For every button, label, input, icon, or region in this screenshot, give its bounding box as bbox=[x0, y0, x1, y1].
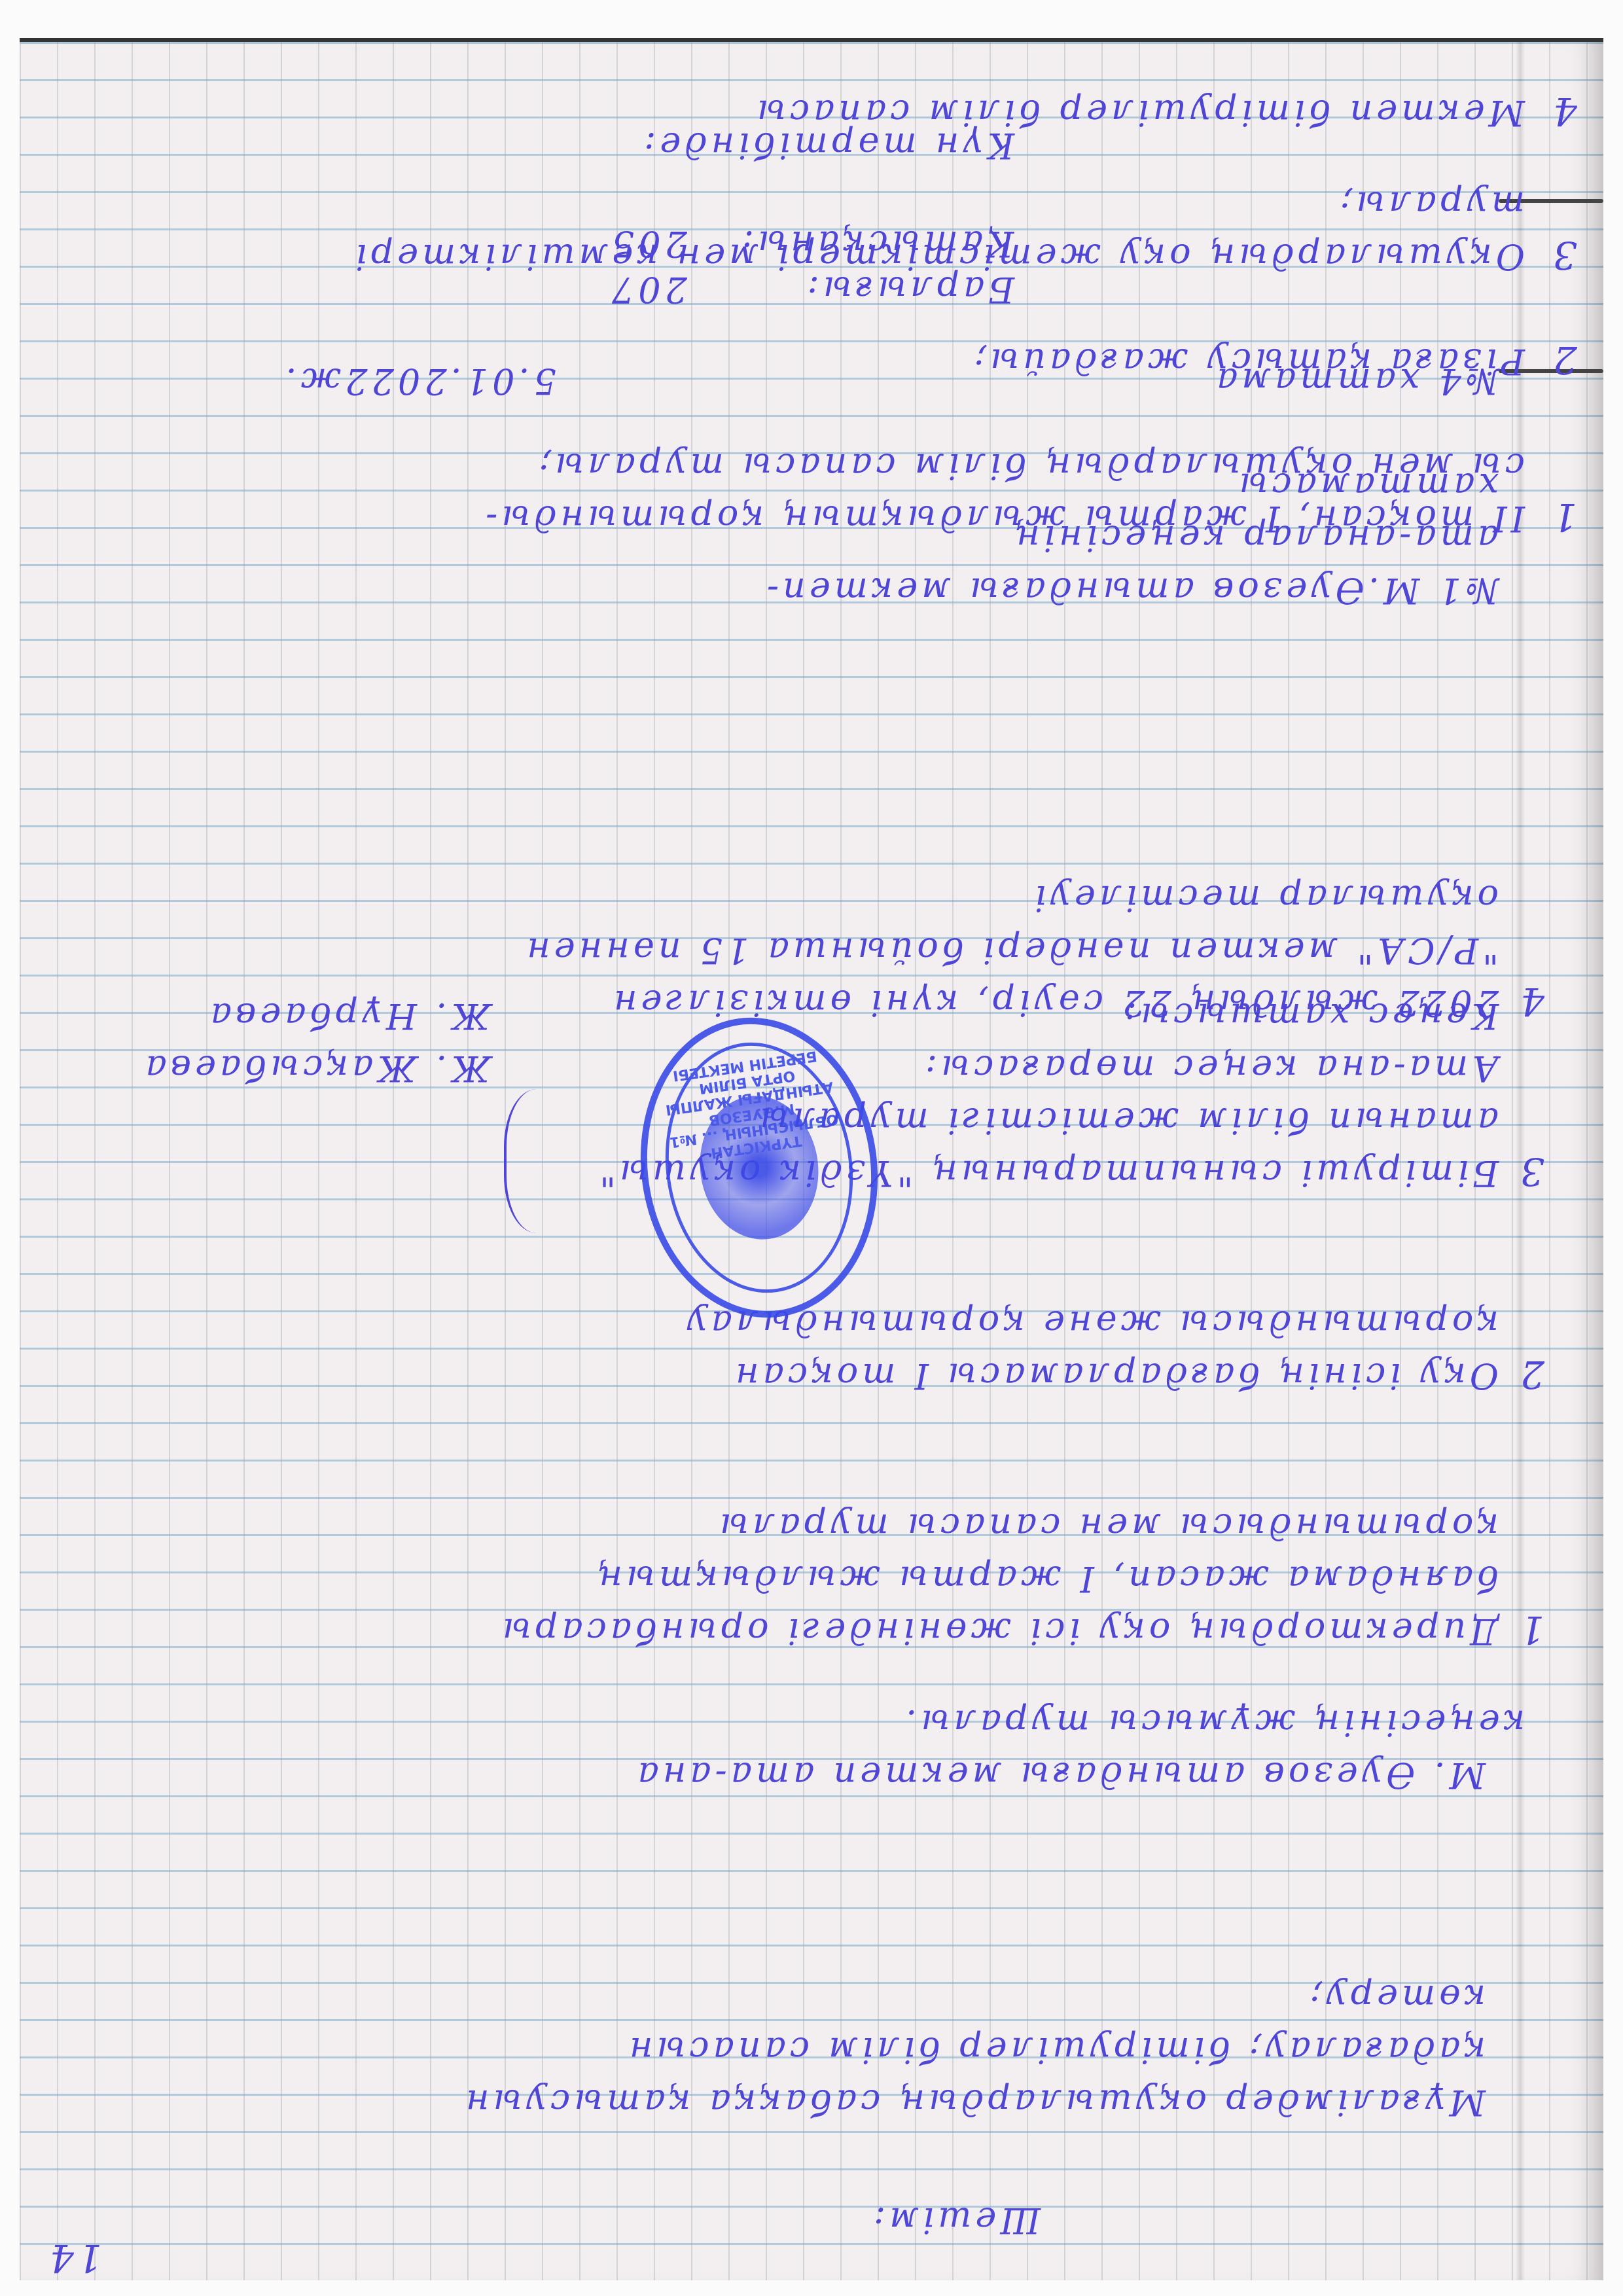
decision-line: кеңесінің жұмысы туралы. bbox=[902, 1702, 1525, 1744]
heard-line: қорытындысы мен сапасы туралы bbox=[716, 1506, 1499, 1547]
agenda-num: 2 bbox=[1549, 338, 1577, 382]
heard-line: Оқу ісінің бағдарламасы І тоқсан bbox=[732, 1355, 1499, 1397]
school-title-line: №1 М.Әуезов атындағы мектеп- bbox=[763, 570, 1499, 611]
agenda-line: Різаға қатысу жағдайы; bbox=[971, 341, 1525, 382]
agenda-num: 3 bbox=[1549, 233, 1577, 278]
agenda-line: туралы; bbox=[1336, 184, 1525, 225]
agenda-num: 1 bbox=[1549, 495, 1577, 539]
heard-line: баяндама жасап, І жарты жылдықтың bbox=[594, 1558, 1499, 1600]
page-number: 14 bbox=[46, 2236, 102, 2280]
agenda-num: 4 bbox=[1549, 89, 1577, 134]
heard-line: оқушылар тестілеуі bbox=[1031, 878, 1499, 919]
decision-line: Мұғалімдер оқушылардың сабаққа қатысуын bbox=[462, 2082, 1486, 2123]
decision-title: Шешім: bbox=[870, 2200, 1041, 2241]
secretary-name: Ж. Нұрбаева bbox=[207, 996, 491, 1037]
heard-num: 2 bbox=[1516, 1352, 1544, 1397]
signature bbox=[504, 1089, 585, 1233]
chair-label: Ата-ана кеңес төрағасы: bbox=[921, 1048, 1499, 1089]
decision-line: көтеру; bbox=[1306, 1977, 1486, 2018]
decision-line: қадағалау; бітірушілер білім сапасын bbox=[626, 2030, 1486, 2071]
agenda-line: Оқушылардың оқу жетістіктері мен кемшілі… bbox=[351, 236, 1525, 278]
heard-line: Директордың оқу ісі жөніндегі орынбасары bbox=[499, 1611, 1499, 1652]
heard-num: 3 bbox=[1516, 1149, 1544, 1194]
agenda-line: сы мен оқушылардың білім сапасы туралы; bbox=[535, 446, 1525, 487]
agenda-line: Мектеп бітірушілер білім сапасы bbox=[753, 92, 1525, 134]
chair-name: Ж. Жақсыбаева bbox=[142, 1048, 491, 1089]
agenda-block: 1 ІІ тоқсан, І жарты жылдықтың қорытынды… bbox=[20, 42, 1603, 565]
heard-line: "Р/СА" мектеп пәндері бойынша 15 пәннен bbox=[523, 930, 1499, 971]
agenda-line: ІІ тоқсан, І жарты жылдықтың қорытынды- bbox=[482, 498, 1525, 539]
notebook-page: 14 Шешім: Мұғалімдер оқушылардың сабаққа… bbox=[20, 38, 1603, 2280]
secretary-label: Кеңес хатшысы: bbox=[1121, 996, 1499, 1037]
heard-num: 4 bbox=[1516, 979, 1544, 1024]
decision-line: М. Әуезов атындағы мектеп ата-ана bbox=[634, 1755, 1486, 1796]
heard-num: 1 bbox=[1516, 1607, 1544, 1652]
